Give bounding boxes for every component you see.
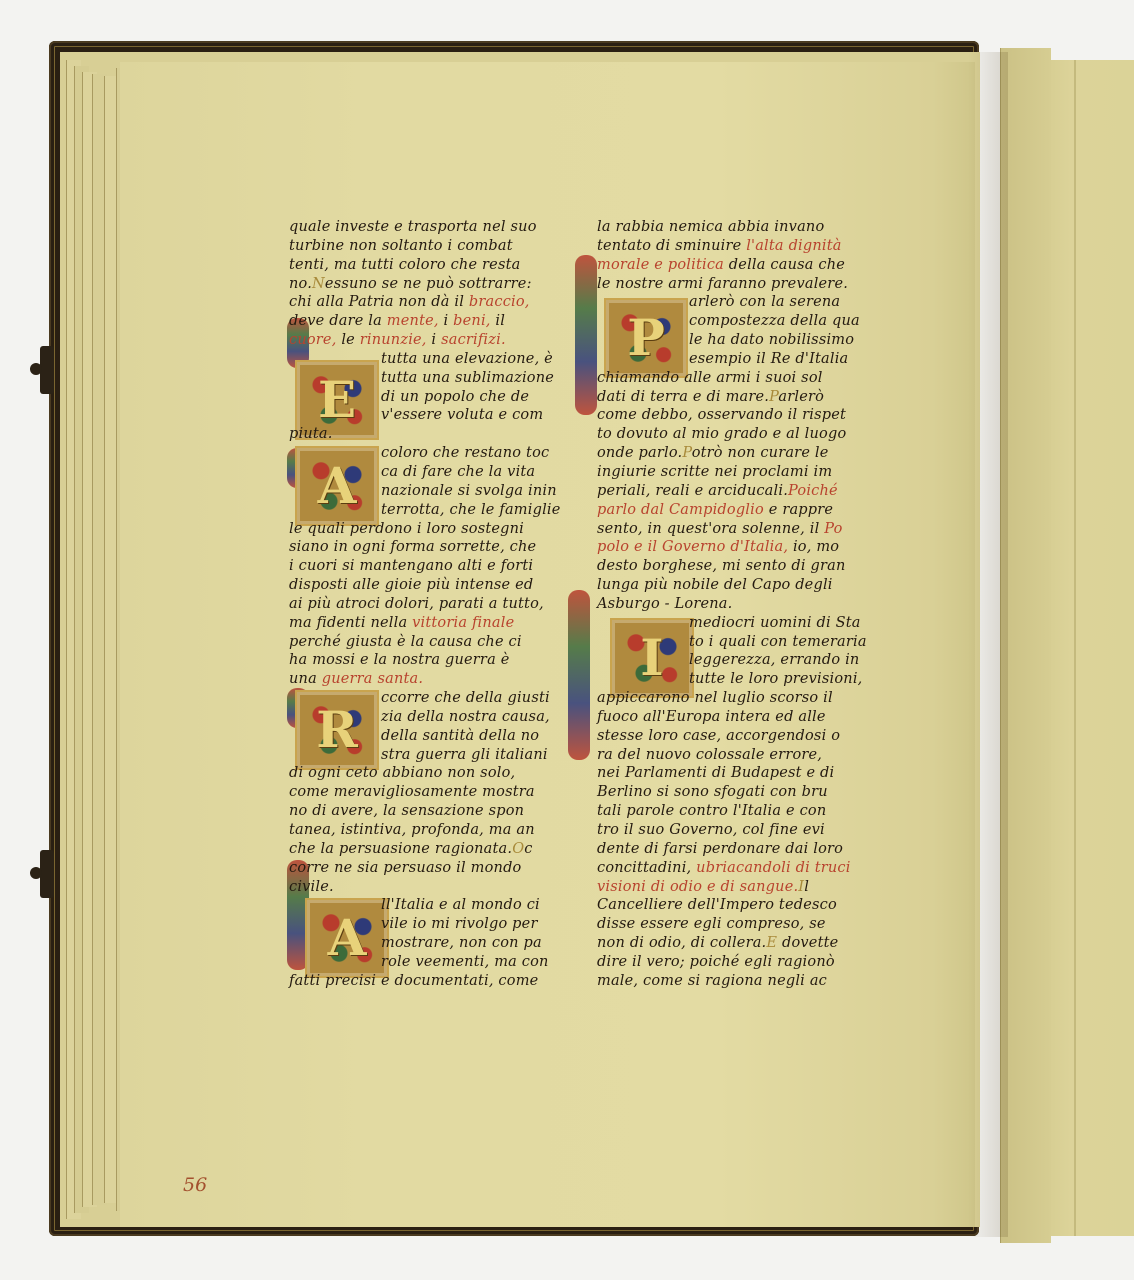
body-text: to i quali con temeraria [689, 634, 867, 650]
body-text: ai più atroci dolori, parati a tutto, [289, 596, 544, 612]
body-text: terrotta, che le famiglie [381, 502, 561, 518]
text-line: siano in ogni forma sorrette, che [289, 538, 554, 557]
text-line: polo e il Governo d'Italia, io, mo [597, 538, 865, 557]
text-line: turbine non soltanto i combat [289, 237, 554, 256]
body-text: il [491, 313, 505, 329]
text-line: ingiurie scritte nei proclami im [597, 463, 865, 482]
gutter-shadow [968, 52, 1008, 1237]
body-text: che la persuasione ragionata. [289, 841, 512, 857]
body-text: Berlino si sono sfogati con bru [597, 784, 828, 800]
body-text: ccorre che della giusti [381, 690, 550, 706]
text-line: di ogni ceto abbiano non solo, [289, 764, 554, 783]
gold-capital: O [512, 841, 524, 857]
rubric-text: ubriacandoli di truci [696, 860, 850, 876]
text-line: periali, reali e arciducali.Poiché [597, 482, 865, 501]
text-line: disse essere egli compreso, se [597, 915, 865, 934]
body-text: esempio il Re d'Italia [689, 351, 848, 367]
rubric-text: vittoria finale [412, 615, 514, 631]
body-text: stra guerra gli italiani [381, 747, 548, 763]
hinge-clasp-top [40, 346, 54, 394]
flourish-ornament [568, 590, 590, 760]
body-text: male, come si ragiona negli ac [597, 973, 827, 989]
rubric-text: l'alta dignità [746, 238, 841, 254]
text-line: tutte le loro previsioni, [597, 670, 865, 689]
clasp-knob-icon [30, 363, 42, 375]
text-line: role veementi, ma con [289, 953, 554, 972]
body-text: i cuori si mantengano alti e forti [289, 558, 533, 574]
body-text: corre ne sia persuaso il mondo [289, 860, 521, 876]
text-line: nei Parlamenti di Budapest e di [597, 764, 865, 783]
body-text: zia della nostra causa, [381, 709, 550, 725]
body-text: disposti alle gioie più intense ed [289, 577, 533, 593]
body-text: no di avere, la sensazione spon [289, 803, 524, 819]
body-text: della santità della no [381, 728, 539, 744]
body-text: le [337, 332, 360, 348]
body-text: disse essere egli compreso, se [597, 916, 826, 932]
body-text: to dovuto al mio grado e al luogo [597, 426, 846, 442]
flourish-ornament [575, 255, 597, 415]
text-line: chiamando alle armi i suoi sol [597, 369, 865, 388]
rubric-text: guerra santa. [322, 671, 423, 687]
body-text: onde parlo. [597, 445, 682, 461]
body-text: tenti, ma tutti coloro che resta [289, 257, 520, 273]
text-line: zia della nostra causa, [289, 708, 554, 727]
text-line: ccorre che della giusti [289, 689, 554, 708]
text-line: la rabbia nemica abbia invano [597, 218, 865, 237]
body-text: ha mossi e la nostra guerra è [289, 652, 510, 668]
body-text: ll'Italia e al mondo ci [381, 897, 540, 913]
text-line: arlerò con la serena [597, 293, 865, 312]
text-line: sento, in quest'ora solenne, il Po [597, 520, 865, 539]
body-text: compostezza della qua [689, 313, 860, 329]
text-line: ra del nuovo colossale errore, [597, 746, 865, 765]
rubric-text: sacrifizi. [441, 332, 506, 348]
text-line: parlo dal Campidoglio e rappre [597, 501, 865, 520]
text-line: no.Nessuno se ne può sottrarre: [289, 275, 554, 294]
text-line: corre ne sia persuaso il mondo [289, 859, 554, 878]
body-text: tanea, istintiva, profonda, ma an [289, 822, 535, 838]
text-line: Berlino si sono sfogati con bru [597, 783, 865, 802]
body-text: vile io mi rivolgo per [381, 916, 538, 932]
body-text: piuta. [289, 426, 333, 442]
body-text: no. [289, 276, 312, 292]
body-text: l [804, 879, 809, 895]
text-line: appiccarono nel luglio scorso il [597, 689, 865, 708]
body-text: periali, reali e arciducali. [597, 483, 788, 499]
rubric-text: braccio, [469, 294, 530, 310]
body-text: arlerò [778, 389, 824, 405]
text-line: tutta una sublimazione [289, 369, 554, 388]
text-line: fatti precisi e documentati, come [289, 972, 554, 991]
text-line: dati di terra e di mare.Parlerò [597, 388, 865, 407]
body-text: una [289, 671, 322, 687]
body-text: coloro che restano toc [381, 445, 549, 461]
rubric-text: cuore, [289, 332, 337, 348]
text-line: mediocri uomini di Sta [597, 614, 865, 633]
body-text: nazionale si svolga inin [381, 483, 557, 499]
text-line: terrotta, che le famiglie [289, 501, 554, 520]
text-line: to dovuto al mio grado e al luogo [597, 425, 865, 444]
text-line: piuta. [289, 425, 554, 444]
text-line: lunga più nobile del Capo degli [597, 576, 865, 595]
body-text: Asburgo - Lorena. [597, 596, 732, 612]
text-line: disposti alle gioie più intense ed [289, 576, 554, 595]
text-line: fuoco all'Europa intera ed alle [597, 708, 865, 727]
body-text: otrò non curare le [692, 445, 829, 461]
body-text: tutte le loro previsioni, [689, 671, 863, 687]
text-line: tenti, ma tutti coloro che resta [289, 256, 554, 275]
text-line: le quali perdono i loro sostegni [289, 520, 554, 539]
body-text: siano in ogni forma sorrette, che [289, 539, 536, 555]
text-line: non di odio, di collera.E dovette [597, 934, 865, 953]
body-text: chiamando alle armi i suoi sol [597, 370, 823, 386]
body-text: tro il suo Governo, col fine evi [597, 822, 825, 838]
body-text: role veementi, ma con [381, 954, 549, 970]
text-line: chi alla Patria non dà il braccio, [289, 293, 554, 312]
body-text: tali parole contro l'Italia e con [597, 803, 826, 819]
body-text: arlerò con la serena [689, 294, 840, 310]
body-text: ingiurie scritte nei proclami im [597, 464, 832, 480]
text-line: onde parlo.Potrò non curare le [597, 444, 865, 463]
text-line: to i quali con temeraria [597, 633, 865, 652]
body-text: civile. [289, 879, 334, 895]
body-text: turbine non soltanto i combat [289, 238, 513, 254]
text-line: concittadini, ubriacandoli di truci [597, 859, 865, 878]
body-text: io, mo [788, 539, 839, 555]
body-text: le nostre armi faranno prevalere. [597, 276, 848, 292]
body-text: dire il vero; poiché egli ragionò [597, 954, 835, 970]
text-line: come meravigliosamente mostra [289, 783, 554, 802]
body-text: desto borghese, mi sento di gran [597, 558, 846, 574]
text-line: vile io mi rivolgo per [289, 915, 554, 934]
rubric-text: mente, [387, 313, 439, 329]
body-text: le ha dato nobilissimo [689, 332, 854, 348]
text-line: tutta una elevazione, è [289, 350, 554, 369]
body-text: leggerezza, errando in [689, 652, 859, 668]
body-text: tentato di sminuire [597, 238, 746, 254]
body-text: ca di fare che la vita [381, 464, 535, 480]
text-line: una guerra santa. [289, 670, 554, 689]
text-line: che la persuasione ragionata.Oc [289, 840, 554, 859]
text-line: morale e politica della causa che [597, 256, 865, 275]
text-column-right: la rabbia nemica abbia invanotentato di … [597, 218, 865, 991]
text-line: ai più atroci dolori, parati a tutto, [289, 595, 554, 614]
body-text: c [524, 841, 532, 857]
text-line: male, come si ragiona negli ac [597, 972, 865, 991]
text-line: di un popolo che de [289, 388, 554, 407]
body-text: stesse loro case, accorgendosi o [597, 728, 840, 744]
text-line: tro il suo Governo, col fine evi [597, 821, 865, 840]
text-line: i cuori si mantengano alti e forti [289, 557, 554, 576]
rubric-text: visioni di odio e di sangue. [597, 879, 798, 895]
body-text: non di odio, di collera. [597, 935, 766, 951]
body-text: ma fidenti nella [289, 615, 412, 631]
rubric-text: Po [824, 521, 842, 537]
body-text: v'essere voluta e com [381, 407, 543, 423]
text-line: coloro che restano toc [289, 444, 554, 463]
body-text: fatti precisi e documentati, come [289, 973, 538, 989]
text-line: quale investe e trasporta nel suo [289, 218, 554, 237]
text-line: esempio il Re d'Italia [597, 350, 865, 369]
body-text: Cancelliere dell'Impero tedesco [597, 897, 837, 913]
page-number: 56 [183, 1174, 207, 1196]
text-line: civile. [289, 878, 554, 897]
body-text: di ogni ceto abbiano non solo, [289, 765, 515, 781]
text-line: della santità della no [289, 727, 554, 746]
body-text: chi alla Patria non dà il [289, 294, 469, 310]
text-line: stesse loro case, accorgendosi o [597, 727, 865, 746]
text-line: leggerezza, errando in [597, 651, 865, 670]
text-line: mostrare, non con pa [289, 934, 554, 953]
body-text: la rabbia nemica abbia invano [597, 219, 824, 235]
body-text: sento, in quest'ora solenne, il [597, 521, 824, 537]
text-line: Asburgo - Lorena. [597, 595, 865, 614]
body-text: dati di terra e di mare. [597, 389, 769, 405]
gold-capital: P [682, 445, 691, 461]
body-text: perché giusta è la causa che ci [289, 634, 522, 650]
text-line: deve dare la mente, i beni, il [289, 312, 554, 331]
rubric-text: rinunzie, [360, 332, 427, 348]
gold-capital: P [769, 389, 778, 405]
body-text: mediocri uomini di Sta [689, 615, 861, 631]
body-text: mostrare, non con pa [381, 935, 542, 951]
body-text: lunga più nobile del Capo degli [597, 577, 833, 593]
body-text: e rappre [764, 502, 833, 518]
body-text: deve dare la [289, 313, 387, 329]
body-text: della causa che [724, 257, 845, 273]
text-line: tentato di sminuire l'alta dignità [597, 237, 865, 256]
text-line: perché giusta è la causa che ci [289, 633, 554, 652]
rubric-text: parlo dal Campidoglio [597, 502, 764, 518]
clasp-knob-icon [30, 867, 42, 879]
body-text: essuno se ne può sottrarre: [325, 276, 532, 292]
rubric-text: Poiché [788, 483, 838, 499]
text-line: ma fidenti nella vittoria finale [289, 614, 554, 633]
body-text: ra del nuovo colossale errore, [597, 747, 822, 763]
gold-capital: N [312, 276, 325, 292]
body-text: fuoco all'Europa intera ed alle [597, 709, 826, 725]
body-text: dente di farsi perdonare dai loro [597, 841, 843, 857]
text-line: nazionale si svolga inin [289, 482, 554, 501]
text-line: le nostre armi faranno prevalere. [597, 275, 865, 294]
gold-capital: E [766, 935, 777, 951]
body-text: quale investe e trasporta nel suo [289, 219, 537, 235]
text-line: dente di farsi perdonare dai loro [597, 840, 865, 859]
text-line: visioni di odio e di sangue.Il [597, 878, 865, 897]
rubric-text: beni, [453, 313, 490, 329]
text-line: v'essere voluta e com [289, 406, 554, 425]
body-text: come meravigliosamente mostra [289, 784, 535, 800]
body-text: nei Parlamenti di Budapest e di [597, 765, 834, 781]
text-line: tali parole contro l'Italia e con [597, 802, 865, 821]
text-line: ha mossi e la nostra guerra è [289, 651, 554, 670]
text-line: dire il vero; poiché egli ragionò [597, 953, 865, 972]
body-text: appiccarono nel luglio scorso il [597, 690, 833, 706]
text-line: compostezza della qua [597, 312, 865, 331]
text-line: no di avere, la sensazione spon [289, 802, 554, 821]
body-text: tutta una sublimazione [381, 370, 554, 386]
text-line: desto borghese, mi sento di gran [597, 557, 865, 576]
text-line: tanea, istintiva, profonda, ma an [289, 821, 554, 840]
hinge-clasp-bottom [40, 850, 54, 898]
open-book: E A R A P I quale investe e trasporta ne… [0, 0, 1134, 1280]
body-text: concittadini, [597, 860, 696, 876]
text-line: le ha dato nobilissimo [597, 331, 865, 350]
body-text: tutta una elevazione, è [381, 351, 553, 367]
text-line: come debbo, osservando il rispet [597, 406, 865, 425]
body-text: i [439, 313, 453, 329]
text-column-left: quale investe e trasporta nel suoturbine… [289, 218, 554, 991]
body-text: come debbo, osservando il rispet [597, 407, 846, 423]
text-line: cuore, le rinunzie, i sacrifizi. [289, 331, 554, 350]
text-line: stra guerra gli italiani [289, 746, 554, 765]
text-line: ll'Italia e al mondo ci [289, 896, 554, 915]
rubric-text: morale e politica [597, 257, 724, 273]
body-text: le quali perdono i loro sostegni [289, 521, 524, 537]
text-line: Cancelliere dell'Impero tedesco [597, 896, 865, 915]
body-text: i [427, 332, 441, 348]
text-line: ca di fare che la vita [289, 463, 554, 482]
rubric-text: polo e il Governo d'Italia, [597, 539, 788, 555]
body-text: dovette [777, 935, 838, 951]
body-text: di un popolo che de [381, 389, 529, 405]
